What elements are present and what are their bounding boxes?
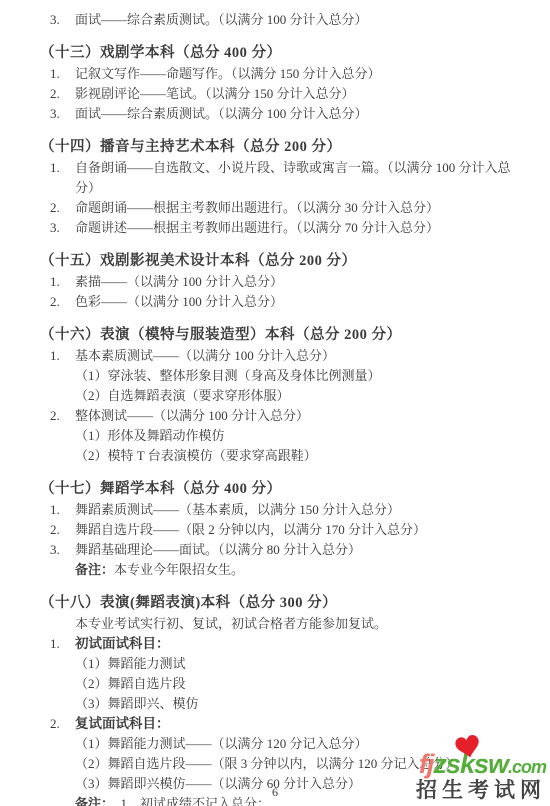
item-number: 2. — [50, 714, 75, 734]
section-14-broadcasting-hosting: （十四）播音与主持艺术本科（总分 200 分）1.自备朗诵——自选散文、小说片段… — [40, 136, 522, 238]
item-number: 2. — [50, 198, 75, 218]
item-text: 初试面试科目： — [75, 634, 522, 654]
sub-item: （3）舞蹈即兴、模仿 — [75, 694, 522, 714]
item-text: 舞蹈素质测试——（基本素质，以满分 150 分计入总分） — [75, 500, 522, 520]
section-13-drama-studies: （十三）戏剧学本科（总分 400 分）1.记叙文写作——命题写作。（以满分 15… — [40, 42, 522, 124]
intro-text: 本专业考试实行初、复试，初试合格者方能参加复试。 — [75, 614, 522, 634]
item-text: 色彩——（以满分 100 分计入总分） — [75, 292, 522, 312]
item-text: 命题朗诵——根据主考教师出题进行。（以满分 30 分计入总分） — [75, 198, 522, 218]
item-text: 整体测试——（以满分 100 分计入总分） — [75, 406, 522, 426]
section-heading: （十五）戏剧影视美术设计本科（总分 200 分） — [40, 250, 522, 272]
item-number: 1. — [50, 500, 75, 520]
item-text: 面试——综合素质测试。（以满分 100 分计入总分） — [75, 104, 522, 124]
note-text: 本专业今年限招女生。 — [114, 562, 244, 577]
item-number: 1. — [50, 272, 75, 292]
sub-item: （1）舞蹈能力测试 — [75, 654, 522, 674]
list-item: 1.自备朗诵——自选散文、小说片段、诗歌或寓言一篇。（以满分 100 分计入总分… — [40, 158, 522, 198]
item-text: 自备朗诵——自选散文、小说片段、诗歌或寓言一篇。（以满分 100 分计入总分） — [75, 158, 522, 198]
list-item: 1.初试面试科目： — [40, 634, 522, 654]
watermark-site-prefix: fj — [419, 749, 434, 779]
item-text: 复试面试科目： — [75, 714, 522, 734]
item-text: 舞蹈自选片段——（限 2 分钟以内，以满分 170 分计入总分） — [75, 520, 522, 540]
watermark-site-suffix: .com — [508, 757, 546, 777]
item-number: 3. — [50, 104, 75, 124]
section-heading: （十八）表演(舞蹈表演)本科（总分 300 分） — [40, 592, 522, 614]
item-number: 1. — [50, 346, 75, 366]
item-text: 基本素质测试——（以满分 100 分计入总分） — [75, 346, 522, 366]
list-item: 1.记叙文写作——命题写作。（以满分 150 分计入总分） — [40, 64, 522, 84]
list-item: 1.素描——（以满分 100 分计入总分） — [40, 272, 522, 292]
list-item: 2.色彩——（以满分 100 分计入总分） — [40, 292, 522, 312]
sub-item: （1）穿泳装、整体形象目测（身高及身体比例测量） — [75, 366, 522, 386]
item-text: 舞蹈基础理论——面试。（以满分 80 分计入总分） — [75, 540, 522, 560]
section-heading: （十七）舞蹈学本科（总分 400 分） — [40, 478, 522, 500]
list-item: 1.舞蹈素质测试——（基本素质，以满分 150 分计入总分） — [40, 500, 522, 520]
list-item: 2.舞蹈自选片段——（限 2 分钟以内，以满分 170 分计入总分） — [40, 520, 522, 540]
document-page: 3.面试——综合素质测试。（以满分 100 分计入总分）（十三）戏剧学本科（总分… — [0, 0, 550, 806]
page-number: 6 — [0, 785, 550, 800]
sub-item: （2）舞蹈自选片段 — [75, 674, 522, 694]
item-text: 命题讲述——根据主考教师出题进行。（以满分 70 分计入总分） — [75, 218, 522, 238]
section-15-stage-art-design: （十五）戏剧影视美术设计本科（总分 200 分）1.素描——（以满分 100 分… — [40, 250, 522, 312]
item-number: 3. — [50, 10, 75, 30]
list-item: 2.影视剧评论——笔试。（以满分 150 分计入总分） — [40, 84, 522, 104]
section-17-dance-studies: （十七）舞蹈学本科（总分 400 分）1.舞蹈素质测试——（基本素质，以满分 1… — [40, 478, 522, 580]
list-item: 3.舞蹈基础理论——面试。（以满分 80 分计入总分） — [40, 540, 522, 560]
item-text: 影视剧评论——笔试。（以满分 150 分计入总分） — [75, 84, 522, 104]
note-label: 备注： — [75, 562, 114, 577]
section-heading: （十六）表演（模特与服装造型）本科（总分 200 分） — [40, 324, 522, 346]
list-item: 3.命题讲述——根据主考教师出题进行。（以满分 70 分计入总分） — [40, 218, 522, 238]
section-16-modeling-costume: （十六）表演（模特与服装造型）本科（总分 200 分）1.基本素质测试——（以满… — [40, 324, 522, 466]
item-text: 面试——综合素质测试。（以满分 100 分计入总分） — [75, 10, 522, 30]
list-item: 3.面试——综合素质测试。（以满分 100 分计入总分） — [40, 104, 522, 124]
item-number: 3. — [50, 218, 75, 238]
item-text: 记叙文写作——命题写作。（以满分 150 分计入总分） — [75, 64, 522, 84]
watermark-site-logo: fjzsksw.com — [419, 751, 546, 778]
sub-item: （2）自选舞蹈表演（要求穿形体服） — [75, 386, 522, 406]
list-item: 2.复试面试科目： — [40, 714, 522, 734]
item-text: 素描——（以满分 100 分计入总分） — [75, 272, 522, 292]
section-heading: （十三）戏剧学本科（总分 400 分） — [40, 42, 522, 64]
item-number: 2. — [50, 84, 75, 104]
note-line: 备注：本专业今年限招女生。 — [75, 560, 522, 580]
list-item: 2.命题朗诵——根据主考教师出题进行。（以满分 30 分计入总分） — [40, 198, 522, 218]
sub-item: （2）模特 T 台表演模仿（要求穿高跟鞋） — [75, 446, 522, 466]
item-number: 2. — [50, 406, 75, 426]
list-item: 2.整体测试——（以满分 100 分计入总分） — [40, 406, 522, 426]
list-item: 1.基本素质测试——（以满分 100 分计入总分） — [40, 346, 522, 366]
item-number: 3. — [50, 540, 75, 560]
sub-item: （1）形体及舞蹈动作模仿 — [75, 426, 522, 446]
item-number: 1. — [50, 158, 75, 198]
item-number: 2. — [50, 292, 75, 312]
document-content: 3.面试——综合素质测试。（以满分 100 分计入总分）（十三）戏剧学本科（总分… — [0, 0, 550, 806]
list-item: 3.面试——综合素质测试。（以满分 100 分计入总分） — [40, 10, 522, 30]
item-number: 1. — [50, 64, 75, 84]
carryover-items: 3.面试——综合素质测试。（以满分 100 分计入总分） — [40, 10, 522, 30]
section-heading: （十四）播音与主持艺术本科（总分 200 分） — [40, 136, 522, 158]
item-number: 1. — [50, 634, 75, 654]
item-number: 2. — [50, 520, 75, 540]
